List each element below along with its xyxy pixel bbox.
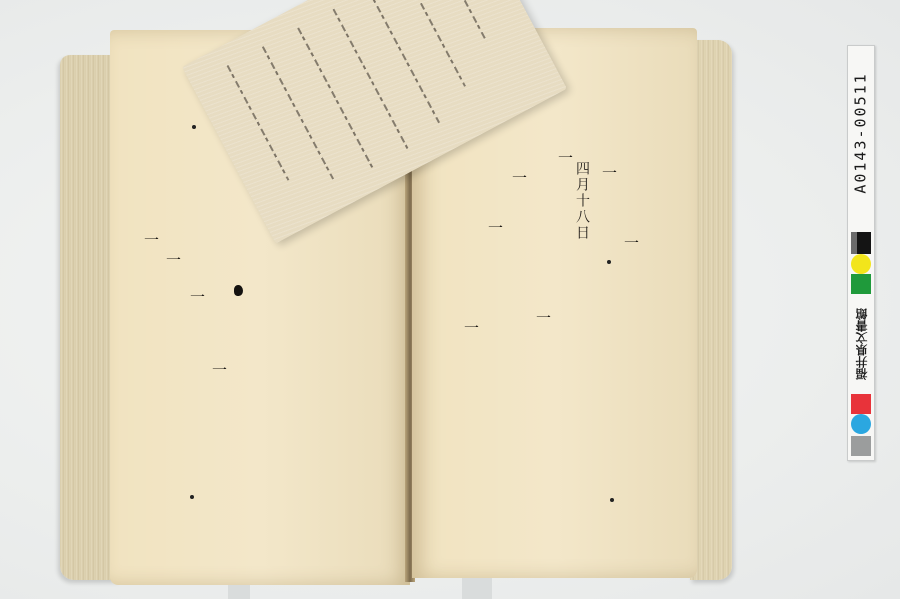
text-column: 一 (532, 98, 550, 538)
slip-text-line (262, 46, 334, 179)
color-patch-yellow (851, 254, 871, 274)
ink-dot (607, 260, 611, 264)
color-patch-green (851, 274, 871, 294)
ink-blot (234, 285, 243, 296)
ink-dot (610, 498, 614, 502)
date-text: 四月十八日 (572, 161, 592, 241)
text-column: 一 (554, 98, 572, 218)
archive-label-strip: A0143-00511 福井県文書館 (847, 45, 875, 461)
color-patch-gray (851, 436, 871, 456)
text-column: 一 (186, 75, 204, 520)
text-column: 一 (508, 103, 526, 253)
date-column: 四月十八日 (574, 146, 592, 256)
text-column: 一 (598, 78, 616, 268)
text-column: 一 (620, 78, 638, 408)
color-patch-cyan (851, 414, 871, 434)
color-patch-red (851, 394, 871, 414)
ink-dot (192, 125, 196, 129)
text-column: 一 (208, 210, 226, 530)
archive-id: A0143-00511 (849, 48, 873, 218)
text-column: 一 (140, 75, 158, 405)
text-column: 一 (460, 113, 478, 543)
ink-dot (190, 495, 194, 499)
text-column: 一 (484, 108, 502, 348)
text-column: 一 (162, 75, 180, 445)
slip-text-line (297, 27, 374, 169)
text-column (232, 200, 250, 490)
text-column (358, 180, 376, 390)
archive-institution: 福井県文書館 (850, 298, 872, 390)
text-column (562, 318, 580, 518)
text-column (440, 123, 458, 403)
slip-text-line (438, 0, 487, 42)
slip-text-line (333, 9, 410, 151)
text-column (422, 158, 440, 528)
color-patch-gray (851, 232, 857, 254)
text-column (258, 200, 276, 510)
